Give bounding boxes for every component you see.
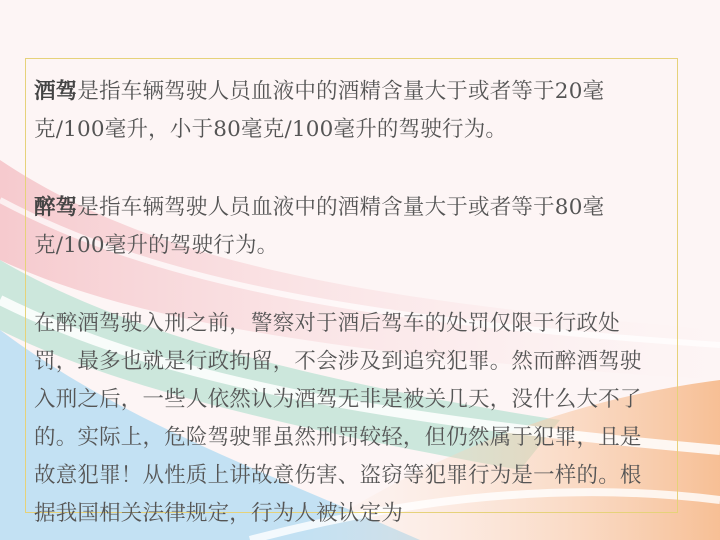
paragraph-intoxicated-driving-definition: 醉驾是指车辆驾驶人员血液中的酒精含量大于或者等于80毫克/100毫升的驾驶行为。 xyxy=(34,189,657,265)
definition-jiujia: 是指车辆驾驶人员血液中的酒精含量大于或者等于20毫克/100毫升，小于80毫克/… xyxy=(34,79,604,142)
content-text-box: 酒驾是指车辆驾驶人员血液中的酒精含量大于或者等于20毫克/100毫升，小于80毫… xyxy=(25,58,678,513)
term-zuijia: 醉驾 xyxy=(34,195,77,220)
paragraph-drunk-driving-definition: 酒驾是指车辆驾驶人员血液中的酒精含量大于或者等于20毫克/100毫升，小于80毫… xyxy=(34,73,657,149)
legal-explanation-text: 在醉酒驾驶入刑之前，警察对于酒后驾车的处罚仅限于行政处罚，最多也就是行政拘留，不… xyxy=(34,311,642,526)
term-jiujia: 酒驾 xyxy=(34,79,77,104)
definition-zuijia: 是指车辆驾驶人员血液中的酒精含量大于或者等于80毫克/100毫升的驾驶行为。 xyxy=(34,195,604,258)
paragraph-legal-explanation: 在醉酒驾驶入刑之前，警察对于酒后驾车的处罚仅限于行政处罚，最多也就是行政拘留，不… xyxy=(34,305,657,533)
